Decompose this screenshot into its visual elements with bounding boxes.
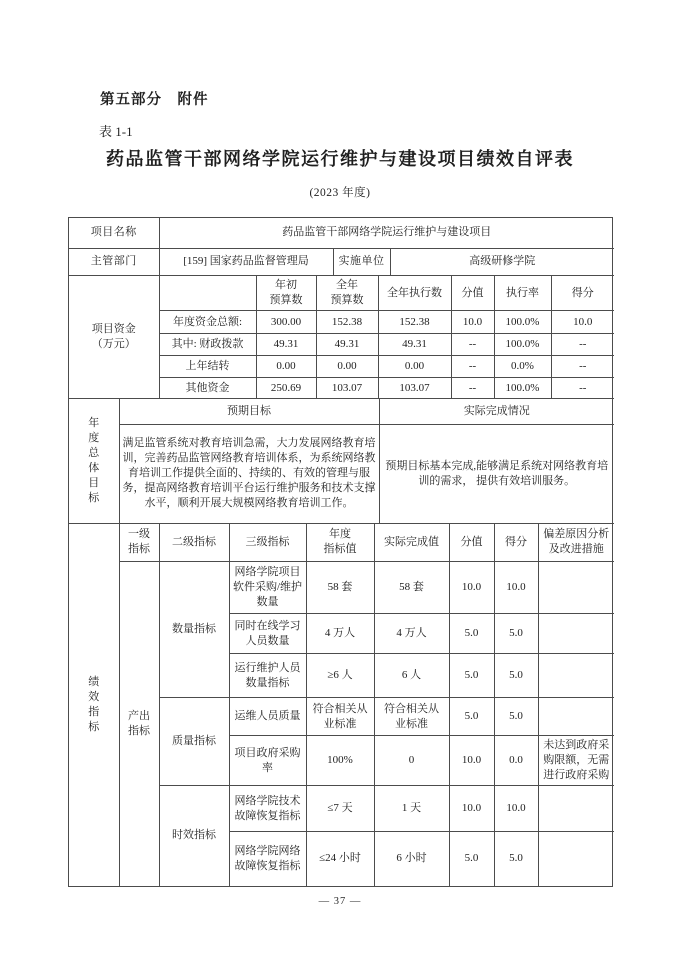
funds-score-max-value: -- [451,334,494,356]
funds-budget-value: 0.00 [316,356,378,378]
perf-header-level2: 二级指标 [159,524,229,562]
evaluation-table: 项目名称 药品监管干部网络学院运行维护与建设项目 主管部门 [159] 国家药品… [68,217,613,887]
goal-expected-header: 预期目标 [119,399,379,424]
perf-header-score: 得分 [494,524,538,562]
funds-rate-value: 100.0% [494,334,551,356]
funds-executed-value: 0.00 [378,356,451,378]
document-title: 药品监管干部网络学院运行维护与建设项目绩效自评表 [0,145,680,171]
department-section: 主管部门 [159] 国家药品监督管理局 实施单位 高级研修学院 [69,249,614,277]
funds-row-label: 上年结转 [159,356,256,378]
perf-l3-cell: 项目政府采购 率 [229,736,306,786]
perf-l3-cell: 网络学院项目 软件采购/维护 数量 [229,562,306,614]
perf-score-cell: 10.0 [494,786,538,832]
perf-score-cell: 0.0 [494,736,538,786]
funds-score-value: -- [551,334,614,356]
funds-budget-value: 152.38 [316,311,378,334]
goal-side-label: 年 度 总 体 目 标 [69,399,119,523]
dept-label: 主管部门 [69,249,159,276]
perf-actual-cell: 1 天 [374,786,449,832]
funds-begin-value: 250.69 [256,378,316,399]
perf-actual-cell: 6 人 [374,654,449,698]
funds-header-exec-rate: 执行率 [494,276,551,311]
perf-header-row: 绩 效 指 标 一级 指标 二级指标 三级指标 年度 指标值 实际完成值 分值 … [69,524,614,562]
perf-target-cell: ≤7 天 [306,786,374,832]
perf-actual-cell: 0 [374,736,449,786]
perf-target-cell: 58 套 [306,562,374,614]
funds-row-label: 其他资金 [159,378,256,399]
perf-target-cell: ≤24 小时 [306,832,374,886]
perf-score-cell: 5.0 [494,832,538,886]
funds-executed-value: 152.38 [378,311,451,334]
goal-section: 年 度 总 体 目 标 预期目标 实际完成情况 满足监管系统对教育培训急需，大力… [69,399,614,524]
perf-score-cell: 5.0 [494,614,538,654]
page-number: — 37 — [0,896,680,907]
funds-row-label: 其中: 财政拨款 [159,334,256,356]
funds-begin-value: 0.00 [256,356,316,378]
funds-score-value: -- [551,378,614,399]
perf-score-max-cell: 5.0 [449,698,494,736]
funds-empty-header [159,276,256,311]
impl-unit-value: 高级研修学院 [390,249,614,276]
funds-row-label: 年度资金总额: [159,311,256,334]
funds-header-score-max: 分值 [451,276,494,311]
funds-side-label: 项目资金 （万元） [69,276,159,399]
dept-value: [159] 国家药品监督管理局 [159,249,333,276]
performance-section: 绩 效 指 标 一级 指标 二级指标 三级指标 年度 指标值 实际完成值 分值 … [69,524,614,886]
table-number-label: 表 1-1 [99,121,133,140]
perf-score-cell: 10.0 [494,562,538,614]
perf-header-actual: 实际完成值 [374,524,449,562]
perf-deviation-cell [538,654,614,698]
perf-level2-timeliness: 时效指标 [159,786,229,886]
perf-deviation-cell [538,562,614,614]
funds-budget-value: 103.07 [316,378,378,399]
perf-score-max-cell: 5.0 [449,614,494,654]
perf-deviation-cell [538,698,614,736]
funds-score-max-value: -- [451,378,494,399]
perf-target-cell: ≥6 人 [306,654,374,698]
goal-actual-header: 实际完成情况 [379,399,614,424]
funds-header-year-budget: 全年 预算数 [316,276,378,311]
perf-actual-cell: 符合相关从 业标准 [374,698,449,736]
perf-actual-cell: 58 套 [374,562,449,614]
part-heading: 第五部分 附件 [100,88,209,109]
perf-header-score-max: 分值 [449,524,494,562]
document-year-subtitle: (2023 年度) [0,184,680,200]
perf-score-cell: 5.0 [494,654,538,698]
perf-l3-cell: 运维人员质量 [229,698,306,736]
funds-header-score: 得分 [551,276,614,311]
perf-level1-cell: 产出 指标 [119,562,159,886]
funds-rate-value: 0.0% [494,356,551,378]
perf-score-max-cell: 10.0 [449,736,494,786]
funds-header-executed: 全年执行数 [378,276,451,311]
perf-deviation-cell: 未达到政府采 购限额，无需 进行政府采购 [538,736,614,786]
perf-side-label: 绩 效 指 标 [69,524,119,886]
funds-section: 项目资金 （万元） 年初 预算数 全年 预算数 全年执行数 分值 执行率 得分 … [69,276,614,399]
perf-score-cell: 5.0 [494,698,538,736]
funds-executed-value: 49.31 [378,334,451,356]
funds-score-max-value: -- [451,356,494,378]
goal-actual-text: 预期目标基本完成,能够满足系统对网络教育培训的需求， 提供有效培训服务。 [379,424,614,523]
perf-l3-cell: 运行维护人员 数量指标 [229,654,306,698]
funds-header-begin-budget: 年初 预算数 [256,276,316,311]
perf-actual-cell: 4 万人 [374,614,449,654]
perf-header-level3: 三级指标 [229,524,306,562]
perf-header-level1: 一级 指标 [119,524,159,562]
table-row: 项目名称 药品监管干部网络学院运行维护与建设项目 [69,218,614,248]
funds-score-value: -- [551,356,614,378]
perf-level2-quantity: 数量指标 [159,562,229,698]
perf-l3-cell: 同时在线学习 人员数量 [229,614,306,654]
funds-rate-value: 100.0% [494,311,551,334]
perf-deviation-cell [538,832,614,886]
funds-rate-value: 100.0% [494,378,551,399]
perf-target-cell: 100% [306,736,374,786]
perf-target-cell: 符合相关从 业标准 [306,698,374,736]
perf-actual-cell: 6 小时 [374,832,449,886]
project-name-value: 药品监管干部网络学院运行维护与建设项目 [159,218,614,248]
perf-score-max-cell: 5.0 [449,832,494,886]
perf-deviation-cell [538,614,614,654]
funds-begin-value: 300.00 [256,311,316,334]
perf-score-max-cell: 5.0 [449,654,494,698]
document-page: { "page": { "part_heading": "第五部分 附件", "… [0,0,680,962]
funds-budget-value: 49.31 [316,334,378,356]
project-name-section: 项目名称 药品监管干部网络学院运行维护与建设项目 [69,218,614,249]
perf-level2-quality: 质量指标 [159,698,229,786]
perf-l3-cell: 网络学院技术 故障恢复指标 [229,786,306,832]
perf-target-cell: 4 万人 [306,614,374,654]
funds-header-row: 项目资金 （万元） 年初 预算数 全年 预算数 全年执行数 分值 执行率 得分 [69,276,614,311]
impl-unit-label: 实施单位 [333,249,390,276]
goal-header-row: 年 度 总 体 目 标 预期目标 实际完成情况 [69,399,614,424]
perf-header-deviation: 偏差原因分析 及改进措施 [538,524,614,562]
funds-begin-value: 49.31 [256,334,316,356]
table-row: 主管部门 [159] 国家药品监督管理局 实施单位 高级研修学院 [69,249,614,276]
goal-body-row: 满足监管系统对教育培训急需，大力发展网络教育培训，完善药品监管网络教育培训体系，… [69,424,614,523]
perf-deviation-cell [538,786,614,832]
perf-row: 产出 指标 数量指标 网络学院项目 软件采购/维护 数量 58 套 58 套 1… [69,562,614,614]
goal-expected-text: 满足监管系统对教育培训急需，大力发展网络教育培训，完善药品监管网络教育培训体系，… [119,424,379,523]
perf-header-target: 年度 指标值 [306,524,374,562]
perf-l3-cell: 网络学院网络 故障恢复指标 [229,832,306,886]
perf-score-max-cell: 10.0 [449,562,494,614]
project-name-label: 项目名称 [69,218,159,248]
funds-executed-value: 103.07 [378,378,451,399]
funds-score-max-value: 10.0 [451,311,494,334]
funds-score-value: 10.0 [551,311,614,334]
perf-score-max-cell: 10.0 [449,786,494,832]
